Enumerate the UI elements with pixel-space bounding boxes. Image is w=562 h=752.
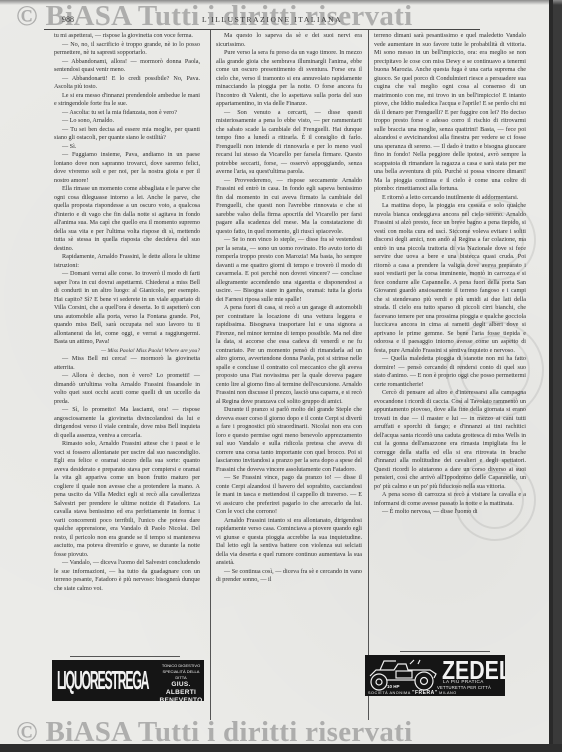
paragraph: — Miss Paola! Miss Paola! Where are you? (54, 347, 200, 356)
paragraph: — Allora è deciso, non è vero? Lo promet… (54, 372, 200, 406)
paragraph: Arnaldo Frassini intanto si era allontan… (216, 517, 362, 568)
paragraph: — Se continua così, — diceva fra sè e ce… (216, 568, 362, 585)
journal-title: L'ILLUSTRAZIONE ITALIANA (202, 15, 342, 24)
separator-rule (70, 656, 180, 657)
strega-info: TONICO DIGESTIVO SPECIALITÀ DELLA DITTA … (159, 663, 203, 701)
zedel-tagline: LA PIÙ PRATICA (443, 679, 484, 684)
paragraph: A pena fuori di casa, si recò a un garag… (216, 304, 362, 406)
paragraph: — Miss Bell mi cerca! — mormorò la giovi… (54, 355, 200, 372)
page-edge (549, 0, 553, 744)
paragraph: — Tu sei ben decisa ad essere mia moglie… (54, 126, 200, 143)
paragraph: Ma questo lo sapeva da sè e dei suoi ner… (216, 32, 362, 49)
paragraph: — Provvederemo, — rispose seccamente Arn… (216, 177, 362, 237)
paragraph: Rapidamente, Arnaldo Frassini, le dette … (54, 253, 200, 270)
paragraph: — Ascolta: tu sei la mia fidanzata, non … (54, 109, 200, 118)
paragraph: Rimasto solo, Arnaldo Frassini attese ch… (54, 440, 200, 559)
column-divider (368, 30, 369, 720)
paragraph: E ritornò a letto cercando inutilmente d… (374, 194, 526, 203)
paragraph: A pena sceso di carrozza si recò a visit… (374, 491, 526, 508)
paragraph: La mattina dopo, la pioggia era cessata … (374, 202, 526, 355)
paragraph: — Se Frassini vince, pago da pranzo io! … (216, 474, 362, 517)
header-rule (44, 29, 480, 30)
paragraph: Durante il pranzo si parlò molto del gra… (216, 406, 362, 474)
company-city: MILANO (439, 691, 457, 695)
company-prefix: SOCIETÀ ANONIMA (368, 691, 411, 695)
zedel-advertisement: ZEDEL LA PIÙ PRATICA VETTURETTA PER CITT… (365, 655, 505, 696)
paragraph: Ella rimase un momento come abbagliata e… (54, 185, 200, 253)
paragraph: tu mi aspetterai, — rispose la giovinett… (54, 32, 200, 41)
car-illustration-icon (366, 658, 440, 692)
paragraph: — No, no, il sacrificio è troppo grande,… (54, 41, 200, 58)
paragraph: — È molto nervosa, — disse l'uomo di (374, 508, 526, 517)
page-number: 988 (62, 15, 74, 24)
paragraph: — Se io non vinco lo steple, — disse fra… (216, 236, 362, 304)
paragraph: Le si era messo d'innanzi prendendole am… (54, 92, 200, 109)
zedel-horsepower: 10 HP (387, 684, 400, 689)
running-head: 988 L'ILLUSTRAZIONE ITALIANA (62, 12, 542, 26)
paragraph: — Son venuto a cercarti, — disse questi … (216, 109, 362, 177)
text-column-1: tu mi aspetterai, — rispose la giovinett… (54, 32, 200, 593)
paragraph: terreno dimani sarà pesantissimo e quel … (374, 32, 526, 194)
company-name: "FRERA" (412, 690, 437, 696)
text-column-2: Ma questo lo sapeva da sè e dei suoi ner… (216, 32, 362, 585)
strega-brand: LIQUORESTREGA (57, 663, 148, 697)
paragraph: — Lo sono, Arnaldo. (54, 117, 200, 126)
paragraph: Cercò di pensare ad altro e d'interessar… (374, 389, 526, 491)
paragraph: — Vandalo, — diceva l'uomo del Salvestri… (54, 559, 200, 593)
paragraph: — Abbandonarti! E lo credi possibile? No… (54, 75, 200, 92)
text-column-3: terreno dimani sarà pesantissimo e quel … (374, 32, 526, 517)
strega-advertisement: LIQUORESTREGA TONICO DIGESTIVO SPECIALIT… (52, 660, 204, 701)
separator-rule (400, 651, 490, 652)
paragraph: — Sì. (54, 143, 200, 152)
paragraph: — Domani verrai alle corse. Io troverò i… (54, 270, 200, 347)
strega-maker: GIUS. ALBERTI (159, 681, 203, 697)
paragraph: — Fuggiamo insieme, Pava, andiamo in un … (54, 151, 200, 185)
scan-border (0, 744, 562, 752)
strega-line: SPECIALITÀ DELLA DITTA (159, 669, 203, 681)
paragraph: Pure verso la sera fu preso da un vago t… (216, 49, 362, 109)
paragraph: — Quella maledetta pioggia di stanotte n… (374, 355, 526, 389)
paragraph: — Sì, lo prometto! Ma lasciami, ora! — r… (54, 406, 200, 440)
strega-city: BENEVENTO (159, 697, 203, 701)
paragraph: — Abbandonami, allora! — mormorò donna P… (54, 58, 200, 75)
zedel-company: SOCIETÀ ANONIMA "FRERA" MILANO (368, 690, 457, 696)
column-divider (210, 30, 211, 720)
